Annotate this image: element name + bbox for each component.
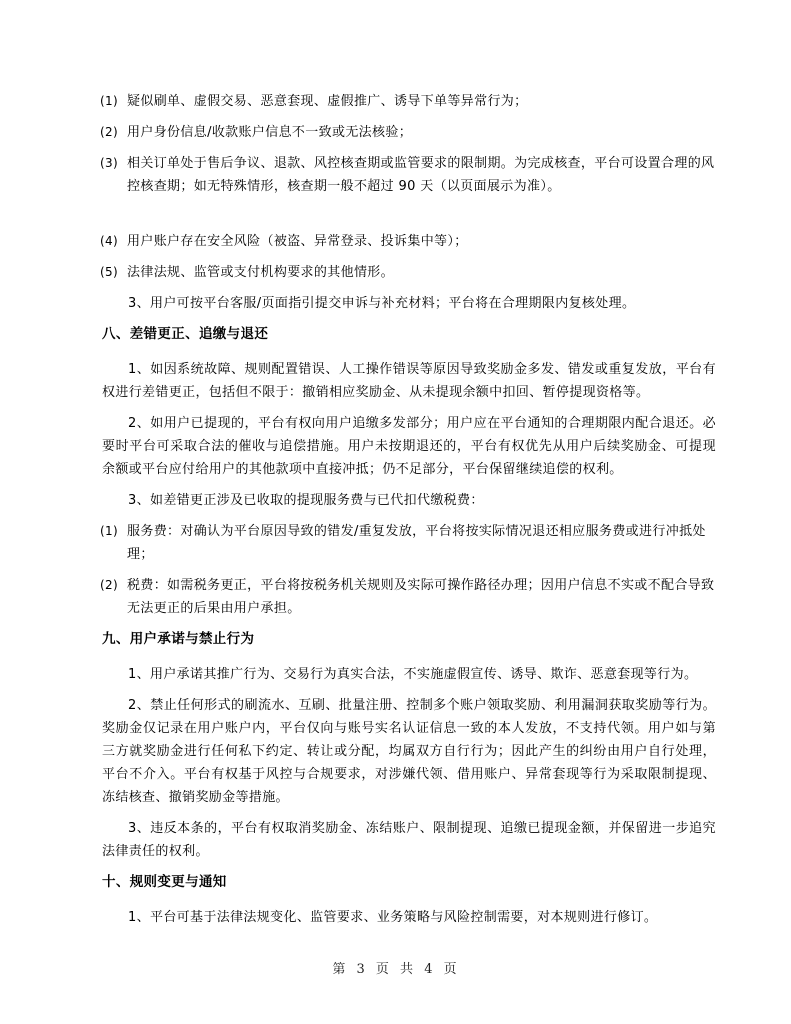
paragraph: 2、如用户已提现的，平台有权向用户追缴多发部分；用户应在平台通知的合理期限内配合…: [102, 412, 716, 481]
list-item: (5) 法律法规、监管或支付机构要求的其他情形。: [102, 261, 716, 284]
list-item: (2) 税费：如需税务更正，平台将按税务机关规则及实际可操作路径办理；因用户信息…: [102, 574, 716, 620]
paragraph: 1、平台可基于法律法规变化、监管要求、业务策略与风险控制需要，对本规则进行修订。: [102, 906, 716, 929]
list-text: 相关订单处于售后争议、退款、风控核查期或监管要求的限制期。为完成核查，平台可设置…: [127, 156, 714, 194]
list-text: 税费：如需税务更正，平台将按税务机关规则及实际可操作路径办理；因用户信息不实或不…: [127, 578, 714, 616]
section-heading: 八、差错更正、追缴与退还: [102, 323, 716, 346]
page-content: (1) 疑似刷单、虚假交易、恶意套现、虚假推广、诱导下单等异常行为； (2) 用…: [102, 90, 716, 937]
list-number: (1): [100, 90, 118, 113]
list-number: (3): [100, 152, 118, 175]
list-item: (3) 相关订单处于售后争议、退款、风控核查期或监管要求的限制期。为完成核查，平…: [102, 152, 716, 198]
list-text: 用户账户存在安全风险（被盗、异常登录、投诉集中等）；: [127, 234, 468, 249]
document-page: (1) 疑似刷单、虚假交易、恶意套现、虚假推广、诱导下单等异常行为； (2) 用…: [0, 0, 791, 1024]
paragraph: 3、如差错更正涉及已收取的提现服务费与已代扣代缴税费：: [102, 489, 716, 512]
list-text: 疑似刷单、虚假交易、恶意套现、虚假推广、诱导下单等异常行为；: [127, 94, 528, 109]
list-number: (2): [100, 574, 118, 597]
list-item: (1) 疑似刷单、虚假交易、恶意套现、虚假推广、诱导下单等异常行为；: [102, 90, 716, 113]
list-text: 用户身份信息/收款账户信息不一致或无法核验；: [127, 125, 412, 140]
section-heading: 十、规则变更与通知: [102, 871, 716, 894]
list-number: (1): [100, 520, 118, 543]
list-number: (4): [100, 230, 118, 253]
list-item: (4) 用户账户存在安全风险（被盗、异常登录、投诉集中等）；: [102, 230, 716, 253]
list-number: (5): [100, 261, 118, 284]
paragraph: 3、用户可按平台客服/页面指引提交申诉与补充材料；平台将在合理期限内复核处理。: [102, 292, 716, 315]
list-text: 法律法规、监管或支付机构要求的其他情形。: [127, 265, 394, 280]
blank-gap: [102, 206, 716, 230]
list-text: 服务费：对确认为平台原因导致的错发/重复发放，平台将按实际情况退还相应服务费或进…: [127, 524, 706, 562]
paragraph: 2、禁止任何形式的刷流水、互刷、批量注册、控制多个账户领取奖励、利用漏洞获取奖励…: [102, 694, 716, 809]
page-footer: 第 3 页 共 4 页: [0, 958, 791, 977]
section-heading: 九、用户承诺与禁止行为: [102, 628, 716, 651]
paragraph: 1、如因系统故障、规则配置错误、人工操作错误等原因导致奖励金多发、错发或重复发放…: [102, 358, 716, 404]
list-item: (2) 用户身份信息/收款账户信息不一致或无法核验；: [102, 121, 716, 144]
paragraph: 1、用户承诺其推广行为、交易行为真实合法，不实施虚假宣传、诱导、欺诈、恶意套现等…: [102, 663, 716, 686]
list-item: (1) 服务费：对确认为平台原因导致的错发/重复发放，平台将按实际情况退还相应服…: [102, 520, 716, 566]
list-number: (2): [100, 121, 118, 144]
paragraph: 3、违反本条的，平台有权取消奖励金、冻结账户、限制提现、追缴已提现金额，并保留进…: [102, 817, 716, 863]
